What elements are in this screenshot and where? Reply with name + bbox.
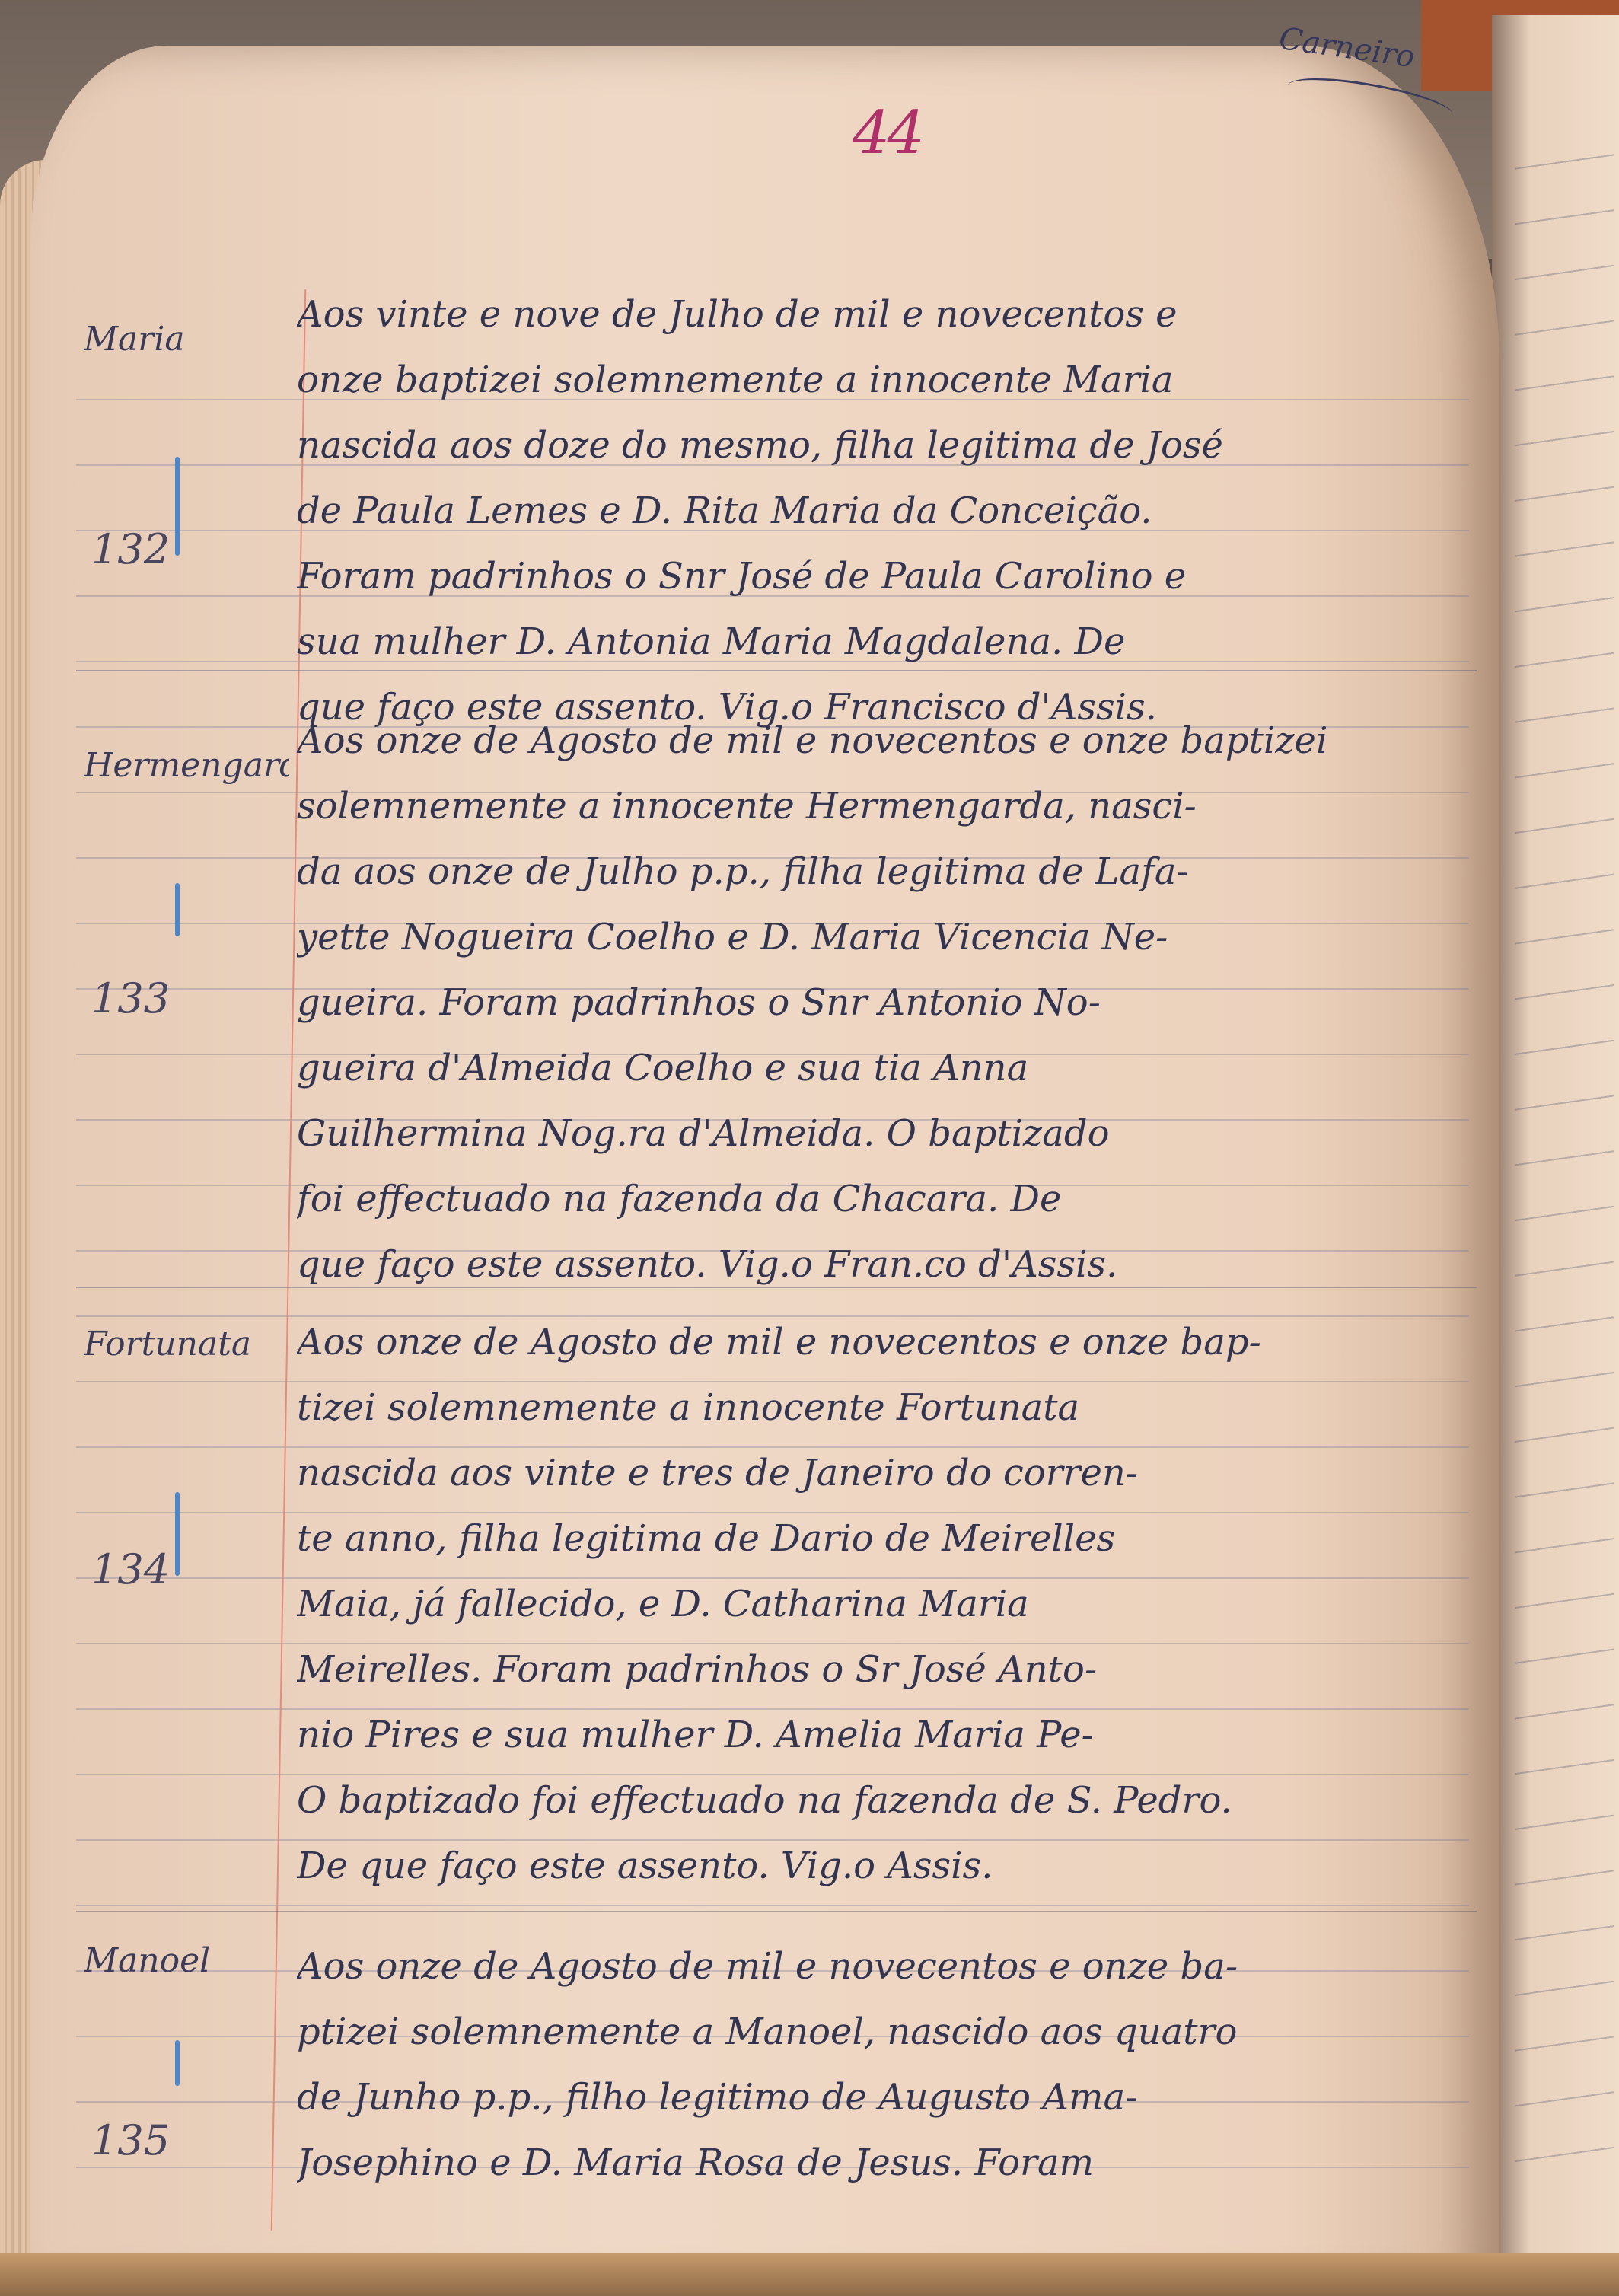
text-line: Guilhermina Nog.ra d'Almeida. O baptizad…	[297, 1101, 1484, 1166]
text-line: Aos onze de Agosto de mil e novecentos e…	[297, 708, 1484, 773]
text-line: Josephino e D. Maria Rosa de Jesus. Fora…	[297, 2130, 1484, 2196]
entry-separator	[76, 670, 1477, 671]
text-line: ptizei solemnemente a Manoel, nascido ao…	[297, 1999, 1484, 2065]
text-line: Maia, já fallecido, e D. Catharina Maria	[297, 1571, 1484, 1637]
text-line: de Junho p.p., filho legitimo de Augusto…	[297, 2065, 1484, 2130]
book-bottom-edge	[0, 2253, 1619, 2296]
entry-number: 133	[91, 974, 198, 1022]
entry-text: Aos onze de Agosto de mil e novecentos e…	[297, 1934, 1484, 2196]
text-line: Aos onze de Agosto de mil e novecentos e…	[297, 1309, 1484, 1375]
entry-number: 134	[91, 1545, 198, 1593]
text-line: De que faço este assento. Vig.o Assis.	[297, 1833, 1484, 1899]
entry-text: Aos onze de Agosto de mil e novecentos e…	[297, 1309, 1484, 1899]
text-line: de Paula Lemes e D. Rita Maria da Concei…	[297, 478, 1484, 544]
text-line: gueira d'Almeida Coelho e sua tia Anna	[297, 1035, 1484, 1101]
entry-number: 132	[91, 525, 198, 573]
text-line: Meirelles. Foram padrinhos o Sr José Ant…	[297, 1637, 1484, 1702]
text-line: Aos vinte e nove de Julho de mil e novec…	[297, 282, 1484, 347]
entry-separator	[76, 1287, 1477, 1288]
text-line: nascida aos doze do mesmo, filha legitim…	[297, 413, 1484, 478]
facing-page-handwriting	[1515, 114, 1614, 2170]
text-line: Aos onze de Agosto de mil e novecentos e…	[297, 1934, 1484, 1999]
entry-name: Manoel	[84, 1941, 289, 1980]
text-line: onze baptizei solemnemente a innocente M…	[297, 347, 1484, 413]
text-line: te anno, filha legitima de Dario de Meir…	[297, 1506, 1484, 1571]
text-line: yette Nogueira Coelho e D. Maria Vicenci…	[297, 904, 1484, 970]
text-line: gueira. Foram padrinhos o Snr Antonio No…	[297, 970, 1484, 1035]
entry-name: Maria	[84, 320, 289, 359]
entry-separator	[76, 1911, 1477, 1912]
entry-name: Hermengarda	[84, 746, 289, 785]
entry-text: Aos onze de Agosto de mil e novecentos e…	[297, 708, 1484, 1297]
text-line: tizei solemnemente a innocente Fortunata	[297, 1375, 1484, 1440]
text-line: sua mulher D. Antonia Maria Magdalena. D…	[297, 609, 1484, 674]
text-line: solemnemente a innocente Hermengarda, na…	[297, 773, 1484, 839]
page-number: 44	[853, 99, 922, 167]
text-line: foi effectuado na fazenda da Chacara. De	[297, 1166, 1484, 1232]
blue-pencil-mark	[175, 2040, 180, 2086]
entry-name: Fortunata	[84, 1325, 289, 1363]
text-line: O baptizado foi effectuado na fazenda de…	[297, 1768, 1484, 1833]
text-line: Foram padrinhos o Snr José de Paula Caro…	[297, 544, 1484, 609]
blue-pencil-mark	[175, 883, 180, 936]
text-line: da aos onze de Julho p.p., filha legitim…	[297, 839, 1484, 904]
text-line: nascida aos vinte e tres de Janeiro do c…	[297, 1440, 1484, 1506]
text-line: nio Pires e sua mulher D. Amelia Maria P…	[297, 1702, 1484, 1768]
entry-number: 135	[91, 2116, 198, 2164]
